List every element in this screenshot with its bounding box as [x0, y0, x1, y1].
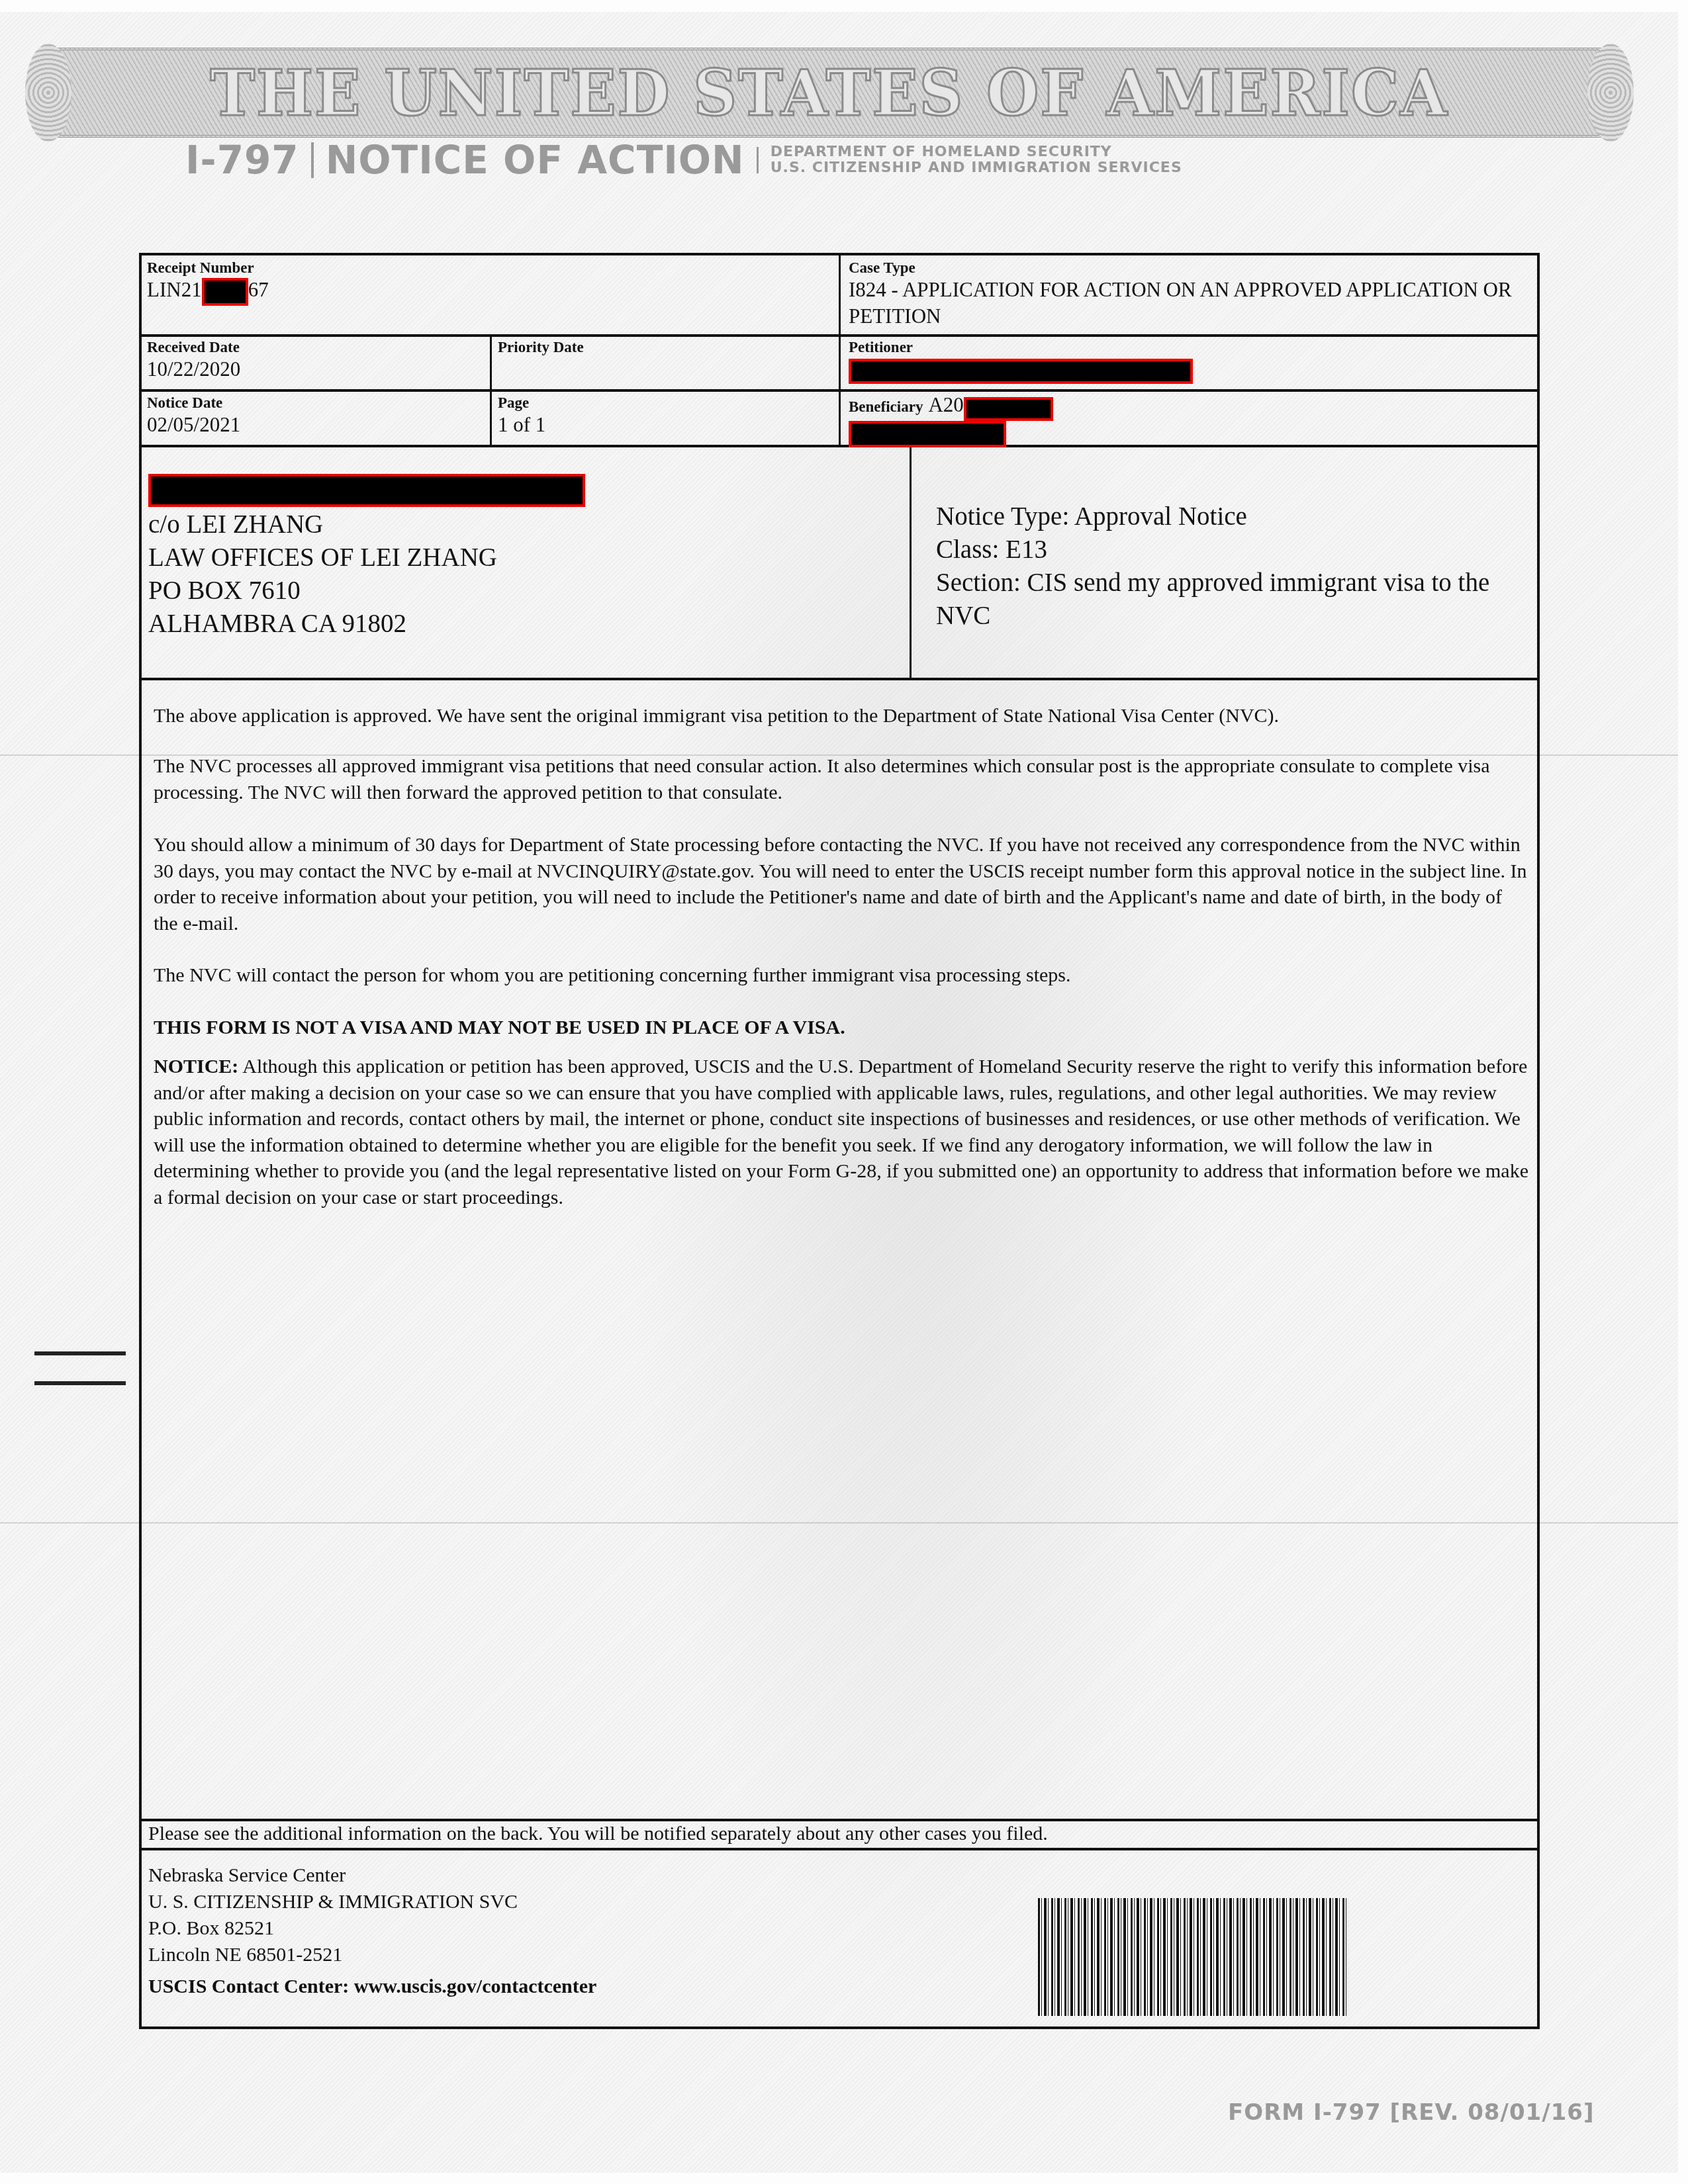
office-line: Nebraska Service Center [148, 1862, 943, 1889]
receipt-suffix: 67 [248, 278, 269, 301]
contact-center: USCIS Contact Center: www.uscis.gov/cont… [148, 1974, 943, 2000]
notice-date-label: Notice Date [147, 394, 485, 412]
receipt-number-label: Receipt Number [147, 259, 835, 277]
address-line: LAW OFFICES OF LEI ZHANG [148, 541, 903, 574]
notice-date-value: 02/05/2021 [147, 412, 485, 438]
page-cell: Page 1 of 1 [498, 394, 835, 438]
nvc-paragraph: The NVC processes all approved immigrant… [154, 753, 1530, 805]
agency-line: U.S. CITIZENSHIP AND IMMIGRATION SERVICE… [771, 160, 1182, 176]
agency-line: DEPARTMENT OF HOMELAND SECURITY [771, 144, 1182, 160]
page-value: 1 of 1 [498, 412, 835, 438]
priority-date-cell: Priority Date [498, 339, 835, 356]
not-a-visa-warning: THIS FORM IS NOT A VISA AND MAY NOT BE U… [154, 1015, 1530, 1041]
beneficiary-label: Beneficiary [849, 398, 923, 415]
petitioner-label: Petitioner [849, 339, 1534, 356]
received-date-label: Received Date [147, 339, 485, 356]
received-date-cell: Received Date 10/22/2020 [147, 339, 485, 383]
form-title: NOTICE OF ACTION [326, 138, 745, 183]
contact-paragraph: You should allow a minimum of 30 days fo… [154, 832, 1530, 936]
barcode [1038, 1898, 1348, 2016]
notice-text: Although this application or petition ha… [154, 1056, 1528, 1208]
ornament-icon [25, 44, 71, 142]
receipt-number-value: LIN2167 [147, 277, 835, 306]
divider [490, 335, 492, 447]
office-line: U. S. CITIZENSHIP & IMMIGRATION SVC [148, 1889, 943, 1915]
case-type-label: Case Type [849, 259, 1534, 277]
divider [311, 142, 314, 178]
notice-type: Notice Type: Approval Notice [936, 500, 1532, 533]
case-type-cell: Case Type I824 - APPLICATION FOR ACTION … [849, 259, 1534, 330]
banner: THE UNITED STATES OF AMERICA [52, 48, 1607, 138]
redaction [849, 359, 1193, 384]
service-center-address: Nebraska Service Center U. S. CITIZENSHI… [148, 1862, 943, 2000]
notice-paragraph: NOTICE: Although this application or pet… [154, 1054, 1530, 1210]
notice-class: Class: E13 [936, 533, 1532, 567]
divider [142, 1848, 1537, 1850]
address-lines: c/o LEI ZHANG LAW OFFICES OF LEI ZHANG P… [148, 508, 903, 641]
divider [839, 255, 841, 447]
redaction [202, 278, 248, 306]
received-date-value: 10/22/2020 [147, 356, 485, 383]
page-label: Page [498, 394, 835, 412]
form-revision: FORM I-797 [REV. 08/01/16] [1228, 2099, 1595, 2126]
notice-label: NOTICE: [154, 1056, 238, 1077]
form-title-line: I-797 NOTICE OF ACTION DEPARTMENT OF HOM… [185, 138, 1182, 183]
divider [757, 147, 759, 173]
address-line: PO BOX 7610 [148, 574, 903, 608]
divider [142, 678, 1537, 680]
redaction [849, 421, 1006, 447]
beneficiary-cell: Beneficiary A20 [849, 392, 1534, 447]
form-number: I-797 [185, 138, 299, 183]
receipt-prefix: LIN21 [147, 278, 202, 301]
notice-info: Notice Type: Approval Notice Class: E13 … [936, 500, 1532, 633]
additional-info: Please see the additional information on… [148, 1821, 1532, 1846]
fold-mark [34, 1351, 126, 1355]
approval-statement: The above application is approved. We ha… [154, 703, 1530, 729]
priority-date-label: Priority Date [498, 339, 835, 356]
office-line: P.O. Box 82521 [148, 1915, 943, 1942]
address-line: c/o LEI ZHANG [148, 508, 903, 541]
redaction [964, 397, 1053, 421]
agency: DEPARTMENT OF HOMELAND SECURITY U.S. CIT… [771, 144, 1182, 176]
fold-mark [34, 1381, 126, 1385]
divider [910, 446, 912, 679]
receipt-number-cell: Receipt Number LIN2167 [147, 259, 835, 306]
ornament-icon [1587, 44, 1634, 142]
notice-date-cell: Notice Date 02/05/2021 [147, 394, 485, 438]
case-type-value: I824 - APPLICATION FOR ACTION ON AN APPR… [849, 277, 1534, 330]
mailing-address: c/o LEI ZHANG LAW OFFICES OF LEI ZHANG P… [148, 474, 903, 641]
banner-title: THE UNITED STATES OF AMERICA [211, 56, 1449, 130]
petitioner-cell: Petitioner [849, 339, 1534, 384]
notice-section: Section: CIS send my approved immigrant … [936, 567, 1532, 633]
office-line: Lincoln NE 68501-2521 [148, 1942, 943, 1968]
beneficiary-prefix: A20 [928, 393, 963, 416]
redaction [148, 474, 585, 507]
nvc-contact-paragraph: The NVC will contact the person for whom… [154, 962, 1530, 989]
address-line: ALHAMBRA CA 91802 [148, 608, 903, 641]
